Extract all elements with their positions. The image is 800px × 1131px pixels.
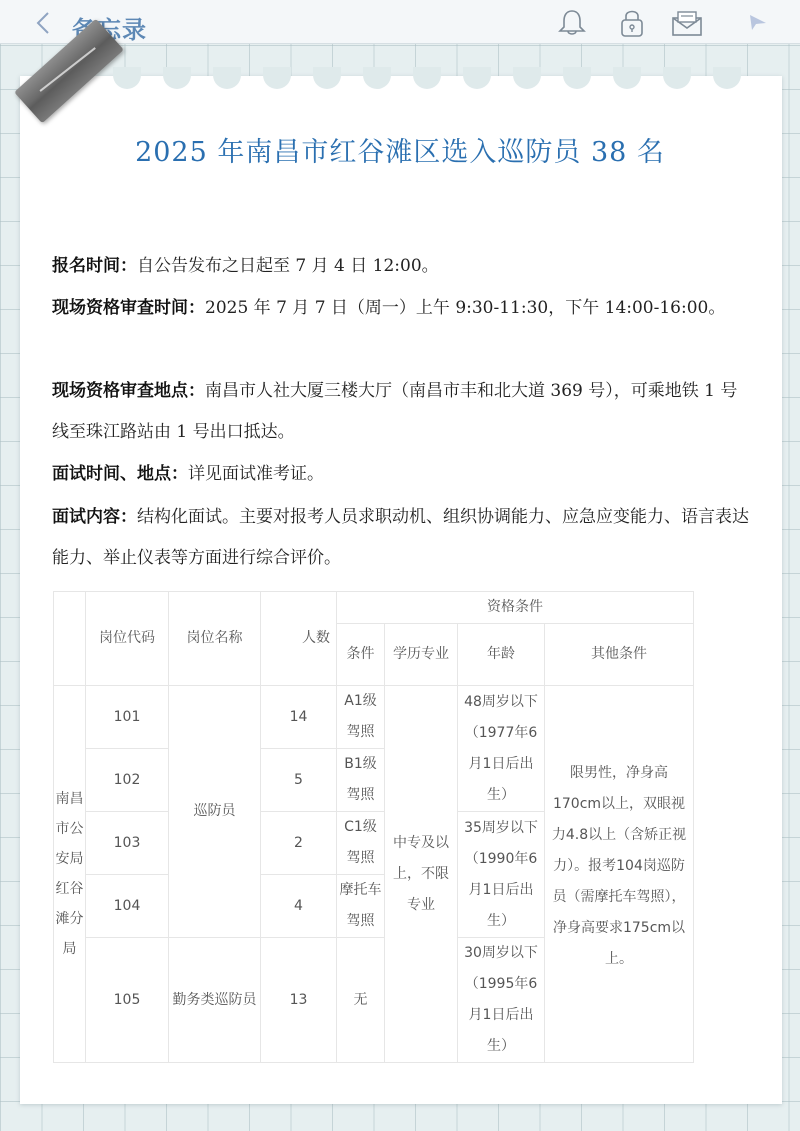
review-time-text: 2025 年 7 月 7 日（周一）上午 9:30-11:30，下午 14:00… [205, 298, 725, 318]
header-count: 人数 [261, 592, 337, 686]
header-code: 岗位代码 [86, 592, 169, 686]
count-cell: 14 [261, 686, 337, 749]
header-license: 条件 [337, 624, 385, 686]
code-cell: 104 [86, 875, 169, 938]
header-education: 学历专业 [385, 624, 458, 686]
code-cell: 101 [86, 686, 169, 749]
license-cell: C1级驾照 [337, 812, 385, 875]
interview-time-place-label: 面试时间、地点： [52, 464, 188, 484]
license-cell: 摩托车驾照 [337, 875, 385, 938]
count-cell: 5 [261, 749, 337, 812]
license-cell: B1级驾照 [337, 749, 385, 812]
license-cell: 无 [337, 938, 385, 1063]
lock-icon [615, 8, 649, 38]
name-cell: 巡防员 [169, 686, 261, 938]
share-mail-button[interactable] [670, 8, 704, 38]
header-name: 岗位名称 [169, 592, 261, 686]
unit-cell: 南昌 市公 安局 红谷 滩分 局 [54, 686, 86, 1063]
app-header: 备忘录 [0, 0, 800, 44]
registration-time-text: 自公告发布之日起至 7 月 4 日 12:00。 [137, 256, 439, 276]
positions-table: 岗位代码 岗位名称 人数 资格条件 条件 学历专业 年龄 其他条件 南昌 市公 … [53, 591, 694, 1063]
age-cell: 30周岁以下（1995年6月1日后出生） [458, 938, 545, 1063]
code-cell: 103 [86, 812, 169, 875]
interview-time-place-text: 详见面试准考证。 [188, 464, 324, 484]
bell-icon [555, 8, 589, 38]
other-conditions-cell: 限男性，净身高170cm以上，双眼视力4.8以上（含矫正视力）。报考104岗巡防… [545, 686, 694, 1063]
registration-time-label: 报名时间： [52, 256, 137, 276]
count-cell: 13 [261, 938, 337, 1063]
interview-content-text: 结构化面试。主要对报考人员求职动机、组织协调能力、应急应变能力、语言表达能力、举… [52, 507, 749, 568]
chevron-left-icon [34, 10, 52, 36]
table-row: 南昌 市公 安局 红谷 滩分 局 101 巡防员 14 A1级驾照 中专及以上，… [54, 686, 694, 749]
interview-content: 面试内容：结构化面试。主要对报考人员求职动机、组织协调能力、应急应变能力、语言表… [52, 497, 752, 579]
review-location-label: 现场资格审查地点： [52, 381, 205, 401]
registration-time: 报名时间：自公告发布之日起至 7 月 4 日 12:00。 [52, 246, 752, 287]
age-cell: 35周岁以下（1990年6月1日后出生） [458, 812, 545, 938]
count-cell: 4 [261, 875, 337, 938]
name-cell: 勤务类巡防员 [169, 938, 261, 1063]
reminder-button[interactable] [555, 8, 589, 38]
code-cell: 102 [86, 749, 169, 812]
header-other: 其他条件 [545, 624, 694, 686]
send-button[interactable] [740, 8, 774, 38]
code-cell: 105 [86, 938, 169, 1063]
send-icon [740, 8, 774, 38]
review-time-label: 现场资格审查时间： [52, 298, 205, 318]
envelope-icon [670, 8, 704, 38]
document-title: 2025 年南昌市红谷滩区选入巡防员 38 名 [0, 130, 800, 169]
review-location: 现场资格审查地点：南昌市人社大厦三楼大厅（南昌市丰和北大道 369 号），可乘地… [52, 371, 752, 453]
lock-button[interactable] [615, 8, 649, 38]
license-cell: A1级驾照 [337, 686, 385, 749]
count-cell: 2 [261, 812, 337, 875]
interview-time-place: 面试时间、地点：详见面试准考证。 [52, 454, 752, 495]
paper-scallop-edge [20, 76, 782, 90]
back-button[interactable] [34, 10, 56, 36]
header-qualifications: 资格条件 [337, 592, 694, 624]
education-cell: 中专及以上，不限专业 [385, 686, 458, 1063]
review-time: 现场资格审查时间：2025 年 7 月 7 日（周一）上午 9:30-11:30… [52, 288, 752, 329]
interview-content-label: 面试内容： [52, 507, 137, 527]
header-age: 年龄 [458, 624, 545, 686]
unit-header-cell [54, 592, 86, 686]
age-cell: 48周岁以下（1977年6月1日后出生） [458, 686, 545, 812]
